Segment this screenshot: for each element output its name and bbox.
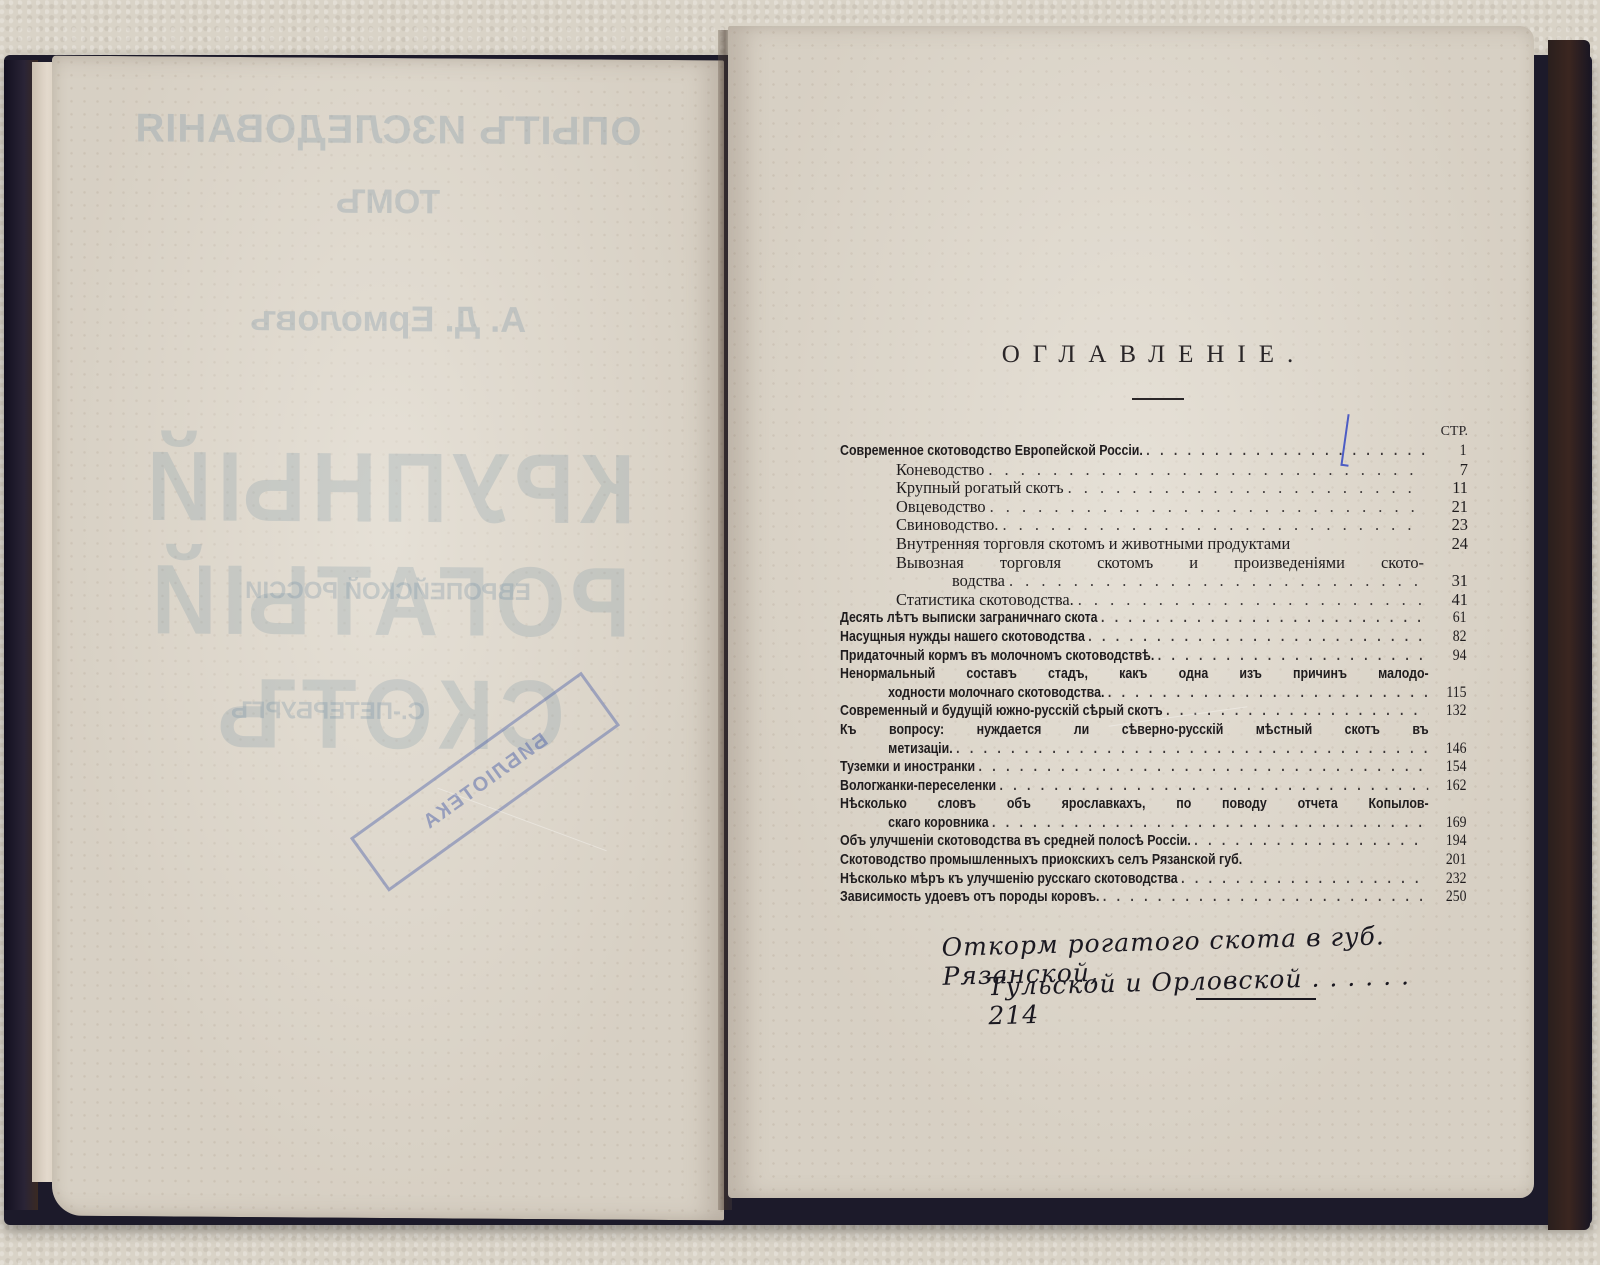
entry-title: Ненормальный составъ стадъ, какъ одна из… [840, 665, 1466, 684]
entry-title: Свиноводство. [896, 516, 998, 535]
handwritten-underline [1196, 998, 1316, 1000]
leader-dots [1005, 572, 1424, 591]
leader-dots [1064, 479, 1424, 498]
leader-dots [998, 516, 1424, 535]
entry-page: 11 [1424, 479, 1468, 498]
entry-page: 41 [1424, 591, 1468, 610]
leader-dots [986, 498, 1424, 517]
leader-dots [1178, 870, 1429, 889]
right-page: ОГЛАВЛЕНІЕ. СТР. Современное скотоводств… [728, 26, 1534, 1198]
entry-page: 169 [1429, 814, 1467, 833]
leader-dots [1099, 888, 1428, 907]
leader-dots [996, 777, 1429, 796]
entry-title: Вывозная торговля скотомъ и произведенія… [896, 554, 1468, 573]
entry-page: 232 [1429, 870, 1467, 889]
toc-entry[interactable]: Крупный рогатый скотъ11 [840, 479, 1468, 498]
entry-title: Статистика скотоводства. [896, 591, 1074, 610]
toc-entry[interactable]: Внутренняя торговля скотомъ и животными … [840, 535, 1468, 554]
entry-page: 7 [1424, 461, 1468, 480]
entry-page: 250 [1429, 888, 1467, 907]
bleed-through-line: ТОМЪ [52, 181, 724, 225]
entry-page: 61 [1429, 609, 1467, 628]
leader-dots [1074, 591, 1424, 610]
toc-entry[interactable]: Къ вопросу: нуждается ли сѣверно-русскій… [840, 721, 1466, 758]
toc-entry[interactable]: Статистика скотоводства.41 [840, 591, 1468, 610]
handwritten-note-line: Тульской и Орловской . . . . . . 214 [987, 960, 1468, 1031]
page-column-label: СТР. [1441, 424, 1468, 440]
toc-entry[interactable]: Современное скотоводство Европейской Рос… [840, 442, 1466, 461]
entry-title: Десять лѣтъ выписки заграничнаго скота [840, 609, 1098, 628]
toc-entry[interactable]: Скотоводство промышленныхъ приокскихъ се… [840, 851, 1466, 870]
entry-page: 1 [1429, 442, 1467, 461]
leader-dots [1143, 442, 1429, 461]
toc-entry[interactable]: Нѣсколько словъ объ ярославкахъ, по пово… [840, 795, 1466, 832]
entry-title-continued: скаго коровника [888, 814, 988, 833]
entry-title: Объ улучшеніи скотоводства въ средней по… [840, 832, 1191, 851]
entry-title-continued: метизаціи. [888, 740, 953, 759]
leader-dots [1085, 628, 1429, 647]
leader-dots [984, 461, 1424, 480]
entry-page: 201 [1429, 851, 1467, 870]
leader-dots [1154, 647, 1428, 666]
entry-title: Современное скотоводство Европейской Рос… [840, 442, 1143, 461]
leader-dots [975, 758, 1429, 777]
entry-title: Туземки и иностранки [840, 758, 975, 777]
leader-dots [1104, 684, 1428, 703]
entry-title-continued: ходности молочнаго скотоводства. [888, 684, 1104, 703]
leader-dots [953, 740, 1429, 759]
entry-title: Внутренняя торговля скотомъ и животными … [896, 535, 1290, 554]
toc-entry[interactable]: Вывозная торговля скотомъ и произведенія… [840, 554, 1468, 591]
entry-page: 21 [1424, 498, 1468, 517]
toc-entry[interactable]: Вологжанки-переселенки162 [840, 777, 1466, 796]
entry-title: Коневодство [896, 461, 984, 480]
toc-entry[interactable]: Десять лѣтъ выписки заграничнаго скота61 [840, 609, 1466, 628]
entry-page: 154 [1429, 758, 1467, 777]
entry-page: 146 [1429, 740, 1467, 759]
entry-page: 132 [1429, 702, 1467, 721]
entry-title: Нѣсколько словъ объ ярославкахъ, по пово… [840, 795, 1466, 814]
toc-list: Современное скотоводство Европейской Рос… [840, 442, 1468, 907]
toc-entry[interactable]: Зависимость удоевъ отъ породы коровъ.250 [840, 888, 1466, 907]
toc-entry[interactable]: Коневодство7 [840, 461, 1468, 480]
entry-title: Насущныя нужды нашего скотоводства [840, 628, 1085, 647]
entry-title: Нѣсколько мѣръ къ улучшенію русскаго ско… [840, 870, 1178, 889]
bleed-through-line: ОПЫТЪ ИЗСЛЕДОВАНІЯ [52, 106, 724, 156]
toc-entry[interactable]: Ненормальный составъ стадъ, какъ одна из… [840, 665, 1466, 702]
toc-entry[interactable]: Современный и будущій южно-русскій сѣрый… [840, 702, 1466, 721]
entry-title-continued: водства [952, 572, 1005, 591]
leader-dots [989, 814, 1429, 833]
entry-page: 194 [1429, 832, 1467, 851]
left-page: ОПЫТЪ ИЗСЛЕДОВАНІЯ ТОМЪ А. Д. Ермоловъ К… [52, 56, 724, 1221]
toc-entry[interactable]: Туземки и иностранки154 [840, 758, 1466, 777]
title-rule [1132, 398, 1184, 400]
entry-page: 82 [1429, 628, 1467, 647]
entry-title: Придаточный кормъ въ молочномъ скотоводс… [840, 647, 1154, 666]
toc-entry[interactable]: Придаточный кормъ въ молочномъ скотоводс… [840, 647, 1466, 666]
toc-title: ОГЛАВЛЕНІЕ. [840, 341, 1468, 369]
entry-page: 24 [1424, 535, 1468, 554]
entry-page: 31 [1424, 572, 1468, 591]
entry-title: Крупный рогатый скотъ [896, 479, 1064, 498]
leader-dots [1191, 832, 1429, 851]
entry-page: 23 [1424, 516, 1468, 535]
toc-entry[interactable]: Овцеводство21 [840, 498, 1468, 517]
entry-page: 162 [1429, 777, 1467, 796]
entry-title: Скотоводство промышленныхъ приокскихъ се… [840, 851, 1242, 870]
entry-title: Овцеводство [896, 498, 986, 517]
bleed-through-author: А. Д. Ермоловъ [52, 296, 724, 343]
leader-dots [1098, 609, 1429, 628]
entry-title: Вологжанки-переселенки [840, 777, 996, 796]
bleed-through-subtitle: ЕВРОПЕЙСКОЙ РОССІИ [52, 576, 724, 609]
entry-title: Къ вопросу: нуждается ли сѣверно-русскій… [840, 721, 1466, 740]
cover-edge-right [1548, 40, 1590, 1230]
toc-entry[interactable]: Объ улучшеніи скотоводства въ средней по… [840, 832, 1466, 851]
entry-page: 94 [1429, 647, 1467, 666]
toc-entry[interactable]: Нѣсколько мѣръ къ улучшенію русскаго ско… [840, 870, 1466, 889]
toc-entry[interactable]: Свиноводство.23 [840, 516, 1468, 535]
entry-title: Зависимость удоевъ отъ породы коровъ. [840, 888, 1099, 907]
entry-page: 115 [1429, 684, 1467, 703]
toc-entry[interactable]: Насущныя нужды нашего скотоводства82 [840, 628, 1466, 647]
entry-title: Современный и будущій южно-русскій сѣрый… [840, 702, 1163, 721]
